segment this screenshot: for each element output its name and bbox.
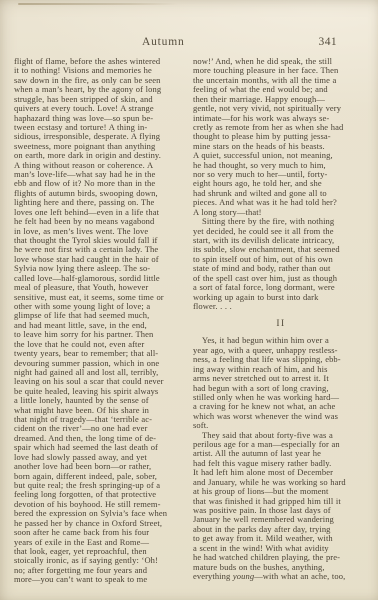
left-column: flight of flame, before the ashes winter… [14,57,186,585]
text-columns: flight of flame, before the ashes winter… [14,57,369,585]
page-edge-artifact [18,3,178,5]
book-page: Autumn 341 flight of flame, before the a… [0,0,378,600]
body-paragraph-4: They said that about forty-five was a pe… [193,431,369,582]
body-paragraph-2: Sitting there by the fire, with nothing … [193,217,369,311]
page-number: 341 [319,36,337,48]
paragraph-4-text-end: —with what an ache, too, [254,571,345,581]
right-column: now!’ And, when he did speak, the still … [193,57,369,585]
chapter-title: Autumn [142,36,185,48]
body-paragraph-continuation: flight of flame, before the ashes winter… [14,57,186,585]
body-paragraph-3: Yes, it had begun within him over a year… [193,336,369,430]
paragraph-4-text-start: They said that about forty-five was a pe… [193,430,346,581]
paragraph-4-italic-word: young [233,571,254,581]
section-heading: II [193,319,369,329]
running-header: Autumn 341 [14,36,368,51]
body-paragraph-1: now!’ And, when he did speak, the still … [193,57,369,217]
